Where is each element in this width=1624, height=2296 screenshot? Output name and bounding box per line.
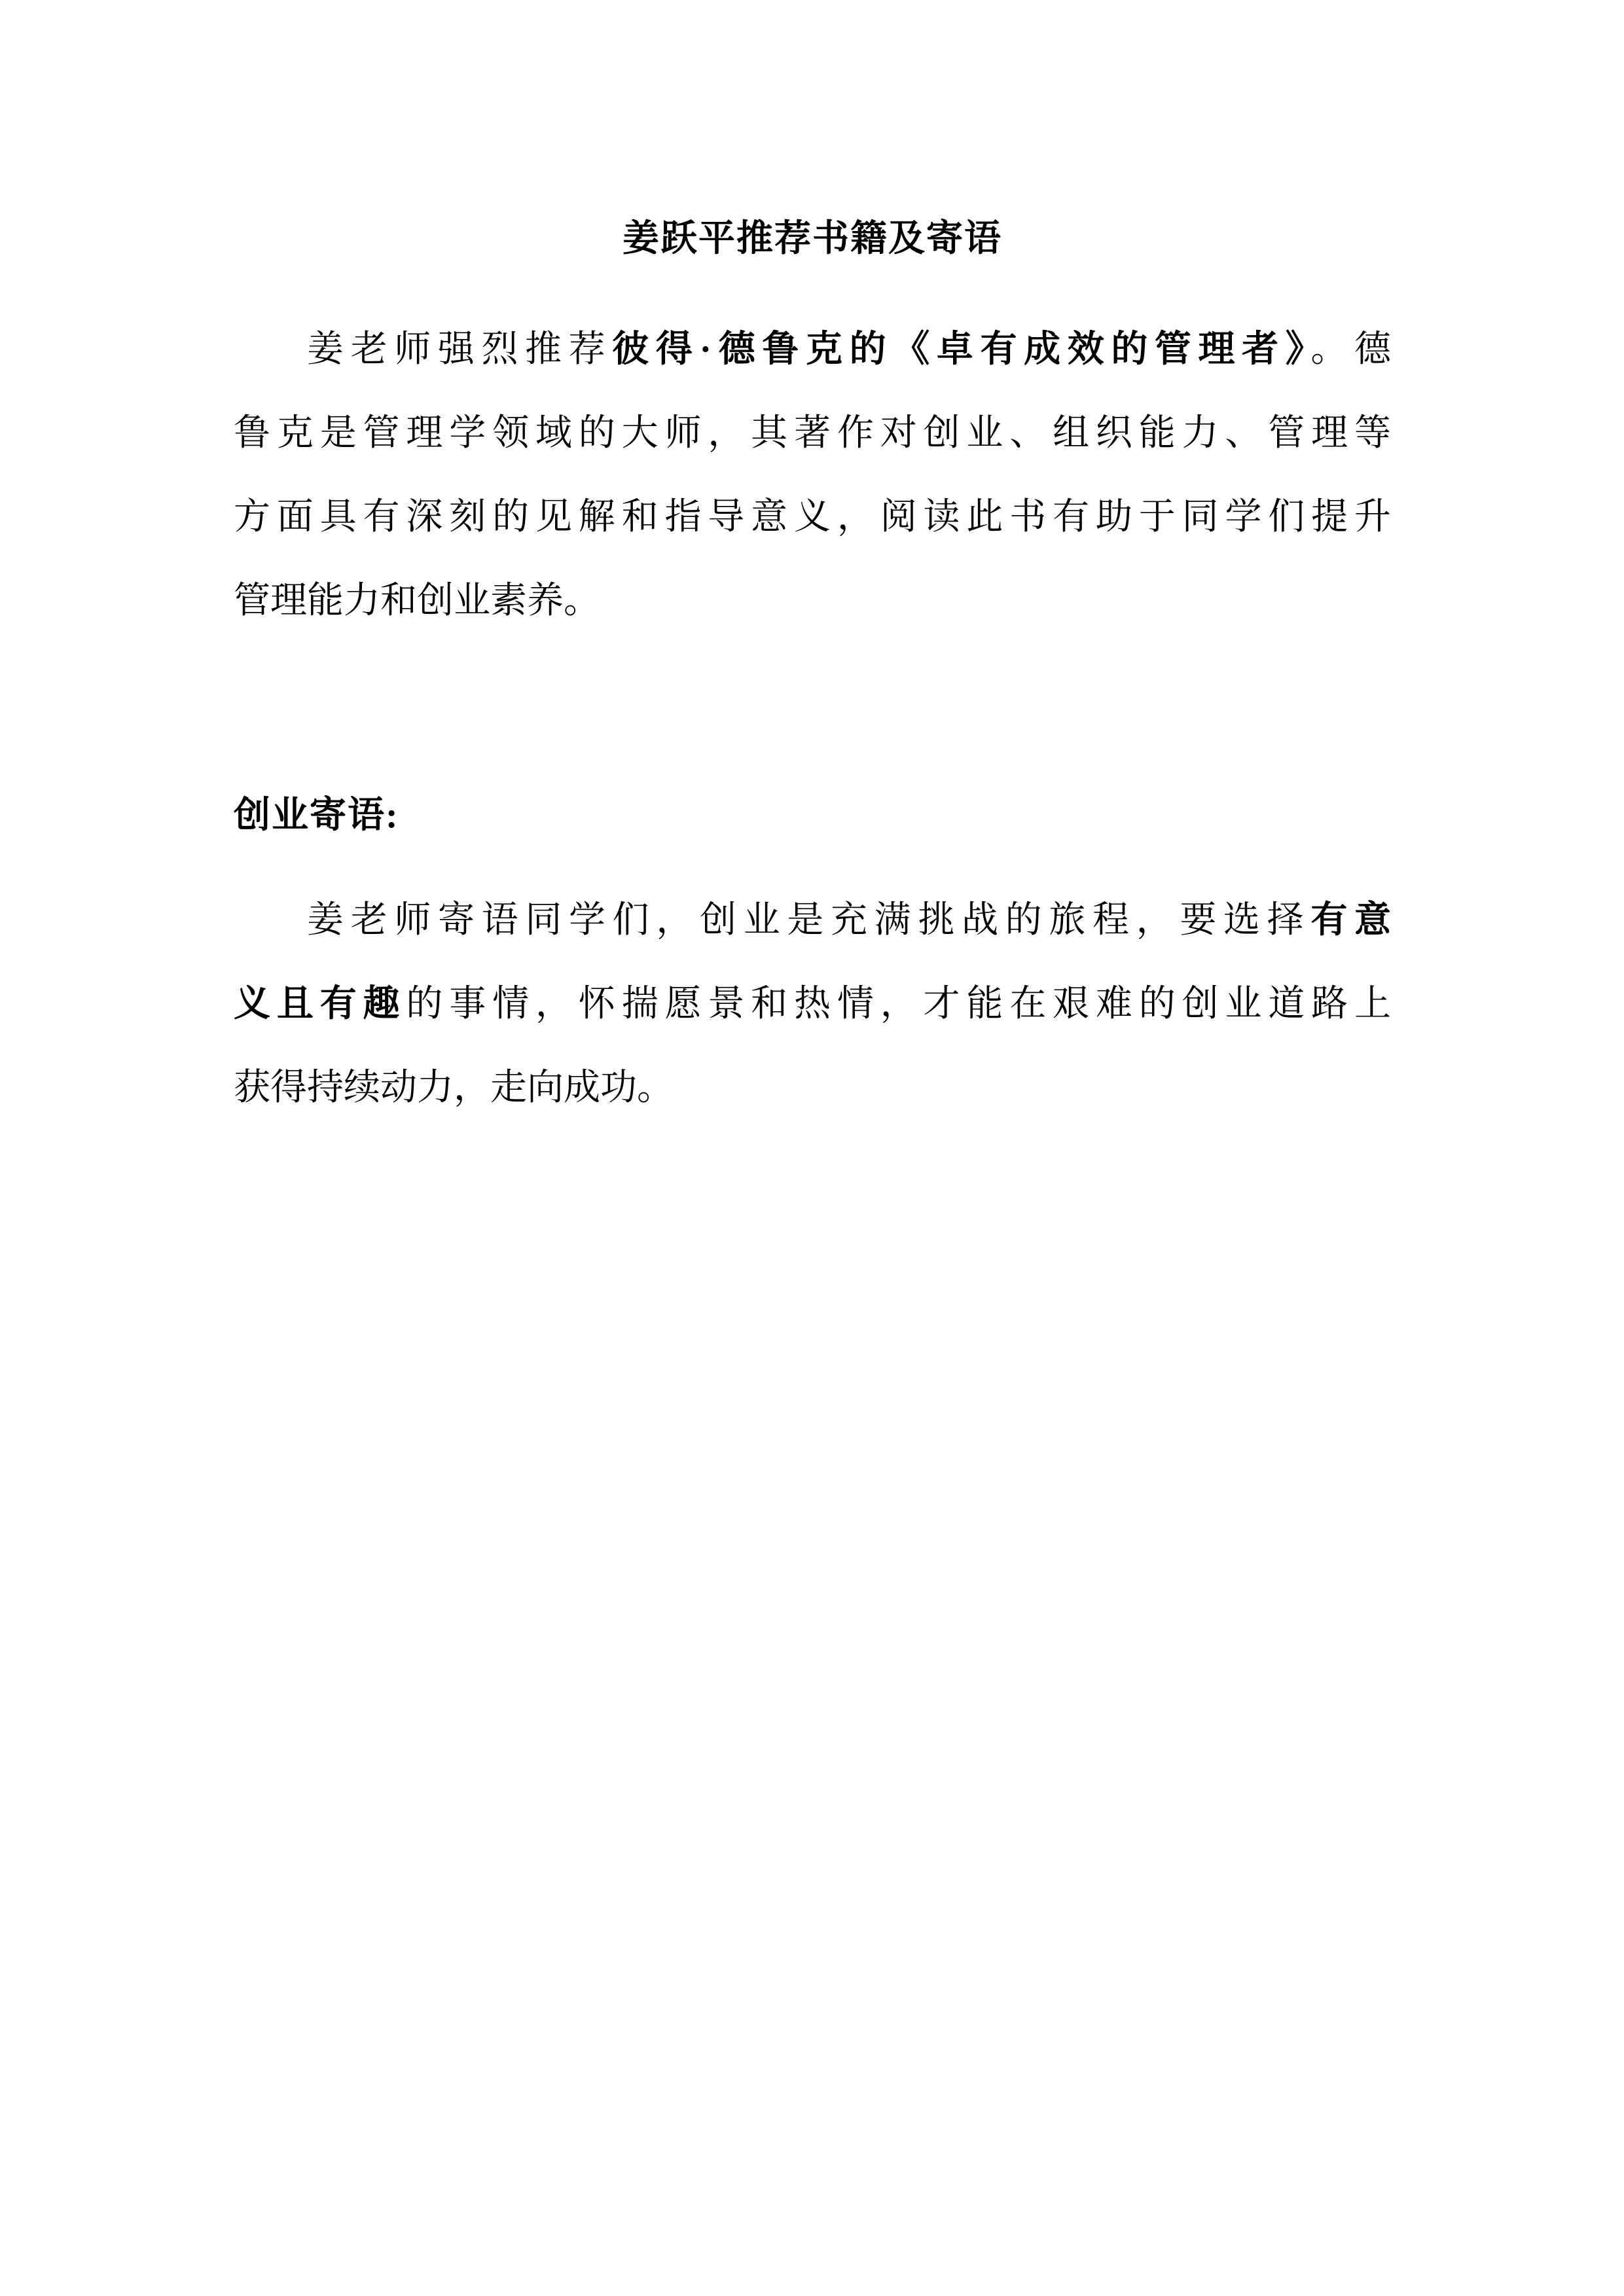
text-segment: 获得持续动力，走向成功。 <box>234 1067 674 1108</box>
text-segment: 管理能力和创业素养。 <box>234 581 600 621</box>
intro-paragraph: 姜老师强烈推荐彼得·德鲁克的《卓有成效的管理者》。德 鲁克是管理学领域的大师，其… <box>234 308 1391 643</box>
text-line: 获得持续动力，走向成功。 <box>234 1046 1391 1130</box>
text-segment: 方面具有深刻的见解和指导意义，阅读此书有助于同学们提升 <box>234 497 1391 537</box>
emphasis-bold: 义且有趣 <box>234 984 406 1024</box>
document-page: 姜跃平推荐书籍及寄语 姜老师强烈推荐彼得·德鲁克的《卓有成效的管理者》。德 鲁克… <box>0 0 1624 2296</box>
text-line: 姜老师强烈推荐彼得·德鲁克的《卓有成效的管理者》。德 <box>234 308 1391 391</box>
document-title: 姜跃平推荐书籍及寄语 <box>234 216 1391 262</box>
text-line: 鲁克是管理学领域的大师，其著作对创业、组织能力、管理等 <box>234 391 1391 475</box>
text-segment: 姜老师强烈推荐 <box>307 329 612 370</box>
message-heading: 创业寄语: <box>234 774 1391 857</box>
text-segment: 的事情，怀揣愿景和热情，才能在艰难的创业道路上 <box>406 984 1391 1024</box>
text-line: 管理能力和创业素养。 <box>234 559 1391 643</box>
text-line: 义且有趣的事情，怀揣愿景和热情，才能在艰难的创业道路上 <box>234 962 1391 1046</box>
text-line: 姜老师寄语同学们，创业是充满挑战的旅程，要选择有意 <box>234 878 1391 962</box>
text-segment: 。德 <box>1310 329 1391 370</box>
text-line: 方面具有深刻的见解和指导意义，阅读此书有助于同学们提升 <box>234 475 1391 559</box>
book-reference-bold: 彼得·德鲁克的《卓有成效的管理者》 <box>612 329 1310 370</box>
text-segment: 鲁克是管理学领域的大师，其著作对创业、组织能力、管理等 <box>234 413 1391 454</box>
emphasis-bold: 有意 <box>1310 900 1391 941</box>
message-paragraph: 姜老师寄语同学们，创业是充满挑战的旅程，要选择有意 义且有趣的事情，怀揣愿景和热… <box>234 878 1391 1130</box>
text-segment: 姜老师寄语同学们，创业是充满挑战的旅程，要选择 <box>307 900 1310 941</box>
